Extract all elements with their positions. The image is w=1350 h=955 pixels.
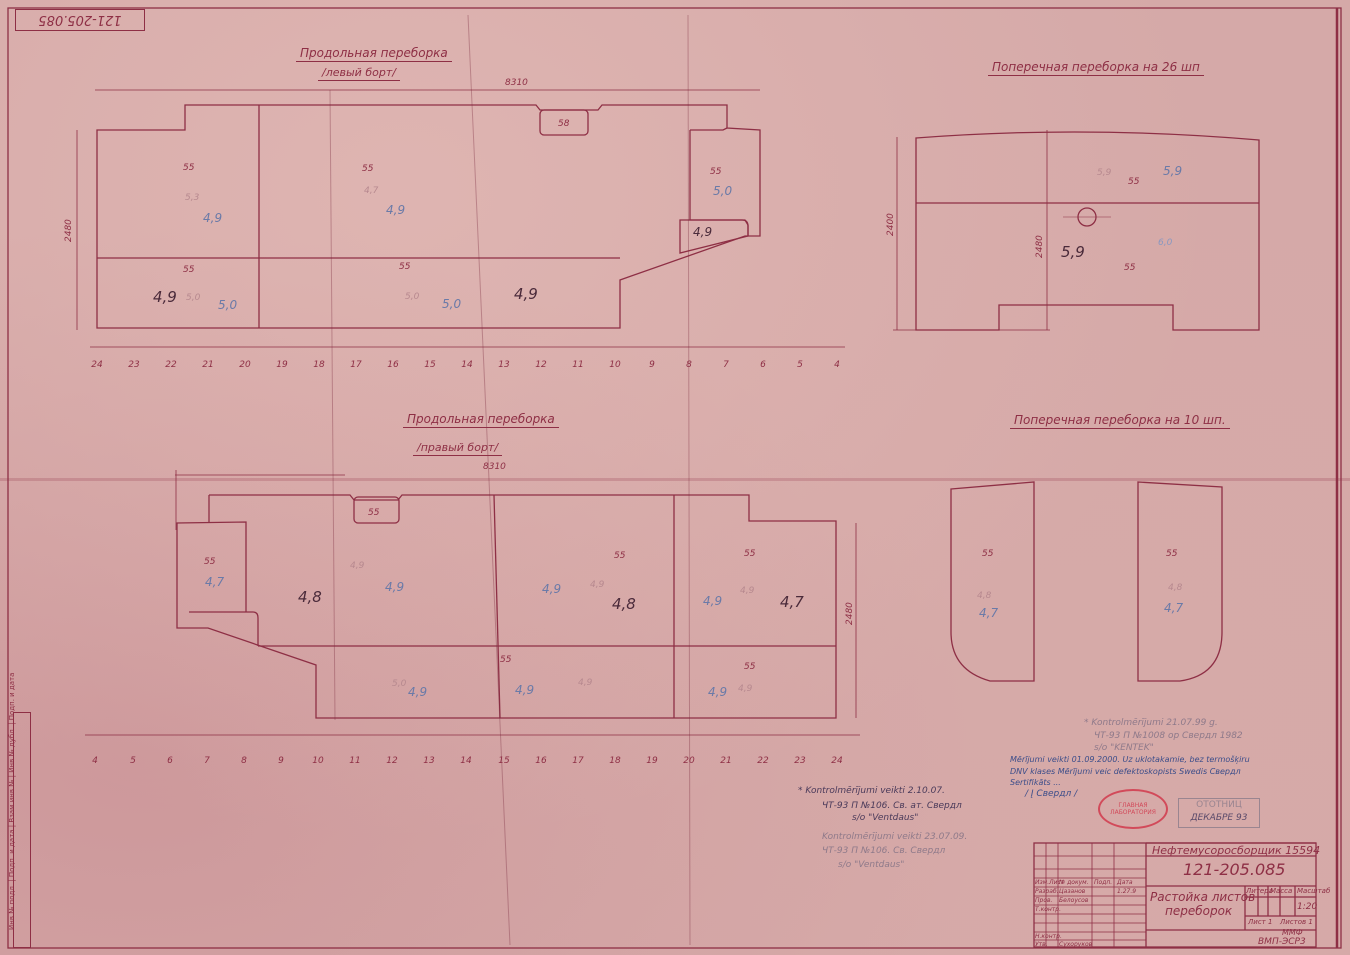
view-subtitle-long-right: /правый борт/: [413, 441, 502, 456]
frame-tick: 22: [753, 756, 773, 766]
plate-mark: 55: [1124, 263, 1135, 273]
frame-tick: 14: [457, 360, 477, 370]
thickness-blue: 4,9: [515, 683, 534, 697]
thickness-faint: 5,0: [186, 293, 200, 303]
thickness-dark: 4,7: [780, 593, 804, 611]
plate-mark: 55: [710, 167, 721, 177]
thickness-faint: 4,9: [740, 586, 754, 596]
frame-tick: 15: [420, 360, 440, 370]
frame-tick: 6: [753, 360, 773, 370]
thickness-blue: 4,9: [386, 203, 405, 217]
frame-tick: 5: [123, 756, 143, 766]
thickness-blue: 4,9: [708, 685, 727, 699]
plate-mark: 55: [183, 163, 194, 173]
dim-height-outer: 2400: [886, 213, 896, 236]
thickness-blue: 4,9: [385, 580, 404, 594]
frame-tick: 19: [642, 756, 662, 766]
thickness-faint: 4,9: [590, 580, 604, 590]
frame-tick: 11: [345, 756, 365, 766]
dim-height-left: 2480: [64, 219, 74, 242]
frame-tick: 6: [160, 756, 180, 766]
thickness-faint: 5,0: [392, 679, 406, 689]
frame-tick: 8: [679, 360, 699, 370]
thickness-blue: 4,9: [703, 594, 722, 608]
frame-tick: 24: [87, 360, 107, 370]
thickness-blue: 4,7: [1164, 601, 1183, 615]
frame-tick: 9: [642, 360, 662, 370]
frame-tick: 15: [494, 756, 514, 766]
document-name-line2: переборок: [1165, 904, 1232, 918]
frame-tick: 22: [161, 360, 181, 370]
frame-tick: 16: [531, 756, 551, 766]
sheet-count: Листов 1: [1280, 918, 1313, 926]
frame-tick: 7: [716, 360, 736, 370]
plate-mark: 55: [614, 551, 625, 561]
frame-tick: 7: [197, 756, 217, 766]
plate-mark: 55: [744, 549, 755, 559]
dim-length-left: 8310: [505, 78, 528, 88]
frame-tick: 13: [419, 756, 439, 766]
thickness-blue: 6,0: [1158, 238, 1172, 248]
plate-mark: 55: [1128, 177, 1139, 187]
view-title-long-left: Продольная переборка: [296, 46, 452, 62]
plate-mark: 55: [204, 557, 215, 567]
plate-mark: 55: [500, 655, 511, 665]
view-title-long-right: Продольная переборка: [403, 412, 559, 428]
frame-tick: 12: [382, 756, 402, 766]
drawing-number-stamp: 121-205.085: [15, 9, 145, 31]
frame-tick: 4: [827, 360, 847, 370]
plate-mark: 55: [183, 265, 194, 275]
document-number: 121-205.085: [1183, 860, 1285, 879]
frame-tick: 14: [456, 756, 476, 766]
org-line1: ММФ: [1282, 928, 1303, 937]
dim-length-right: 8310: [483, 462, 506, 472]
thickness-faint: 4,9: [738, 684, 752, 694]
red-oval-stamp: ГЛАВНАЯ ЛАБОРАТОРИЯ: [1098, 789, 1168, 829]
frame-tick: 24: [827, 756, 847, 766]
thickness-dark: 4,9: [514, 285, 538, 303]
thickness-blue: 4,7: [205, 575, 224, 589]
plate-mark: 55: [399, 262, 410, 272]
plate-mark: 55: [1166, 549, 1177, 559]
vessel-name: Нефтемусоросборщик 15594: [1152, 844, 1320, 857]
thickness-dark: 4,8: [612, 595, 636, 613]
frame-tick: 4: [85, 756, 105, 766]
frame-tick: 20: [679, 756, 699, 766]
org-line2: ВМП-ЭСР3: [1258, 937, 1306, 947]
side-strip-text: Инв.№ подл. | Подп. и дата | Взам.инв.№ …: [8, 673, 16, 930]
thickness-dark: 4,8: [298, 588, 322, 606]
thickness-faint: 4,9: [350, 561, 364, 571]
view-title-trans-26: Поперечная переборка на 26 шп: [988, 60, 1204, 76]
frame-tick: 12: [531, 360, 551, 370]
frame-tick: 16: [383, 360, 403, 370]
view-title-trans-10: Поперечная переборка на 10 шп.: [1010, 413, 1230, 429]
document-name-line1: Растойка листов: [1150, 890, 1255, 904]
frame-tick: 18: [309, 360, 329, 370]
frame-tick: 20: [235, 360, 255, 370]
thickness-blue: 4,9: [203, 211, 222, 225]
thickness-faint: 4,7: [364, 186, 378, 196]
frame-tick: 13: [494, 360, 514, 370]
frame-tick: 21: [198, 360, 218, 370]
frame-tick: 8: [234, 756, 254, 766]
thickness-blue: 4,9: [542, 582, 561, 596]
frame-tick: 5: [790, 360, 810, 370]
thickness-faint: 5,0: [405, 292, 419, 302]
frame-tick: 11: [568, 360, 588, 370]
thickness-blue: 4,9: [408, 685, 427, 699]
thickness-faint: 4,8: [1168, 583, 1182, 593]
rect-stamp: ОТОТНИЦ ДЕКАБРЕ 93: [1178, 798, 1260, 828]
scale-value: 1:20: [1297, 902, 1317, 912]
thickness-faint: 4,8: [977, 591, 991, 601]
dim-height-right: 2480: [845, 602, 855, 625]
thickness-dark: 5,9: [1061, 243, 1085, 261]
frame-tick: 9: [271, 756, 291, 766]
frame-tick: 23: [124, 360, 144, 370]
frame-tick: 19: [272, 360, 292, 370]
plate-mark: 55: [744, 662, 755, 672]
thickness-faint: 5,3: [185, 193, 199, 203]
thickness-faint: 5,9: [1097, 168, 1111, 178]
plate-mark: 58: [558, 119, 569, 129]
thickness-blue: 4,7: [979, 606, 998, 620]
thickness-blue: 5,0: [713, 184, 732, 198]
plate-mark: 55: [362, 164, 373, 174]
col-scale: Масштаб: [1297, 887, 1330, 895]
thickness-dark: 4,9: [693, 225, 712, 239]
frame-tick: 23: [790, 756, 810, 766]
col-litera: Литера: [1246, 887, 1273, 895]
frame-tick: 17: [346, 360, 366, 370]
frame-tick: 10: [605, 360, 625, 370]
frame-tick: 10: [308, 756, 328, 766]
sheet-number: Лист 1: [1248, 918, 1272, 926]
thickness-dark: 4,9: [153, 288, 177, 306]
thickness-faint: 4,9: [578, 678, 592, 688]
col-mass: Масса: [1270, 887, 1292, 895]
view-subtitle-long-left: /левый борт/: [318, 66, 400, 81]
plate-mark: 55: [368, 508, 379, 518]
plate-mark: 55: [982, 549, 993, 559]
frame-tick: 18: [605, 756, 625, 766]
thickness-blue: 5,9: [1163, 164, 1182, 178]
frame-tick: 17: [568, 756, 588, 766]
thickness-blue: 5,0: [218, 298, 237, 312]
dim-height-inner: 2480: [1035, 235, 1045, 258]
frame-tick: 21: [716, 756, 736, 766]
thickness-blue: 5,0: [442, 297, 461, 311]
